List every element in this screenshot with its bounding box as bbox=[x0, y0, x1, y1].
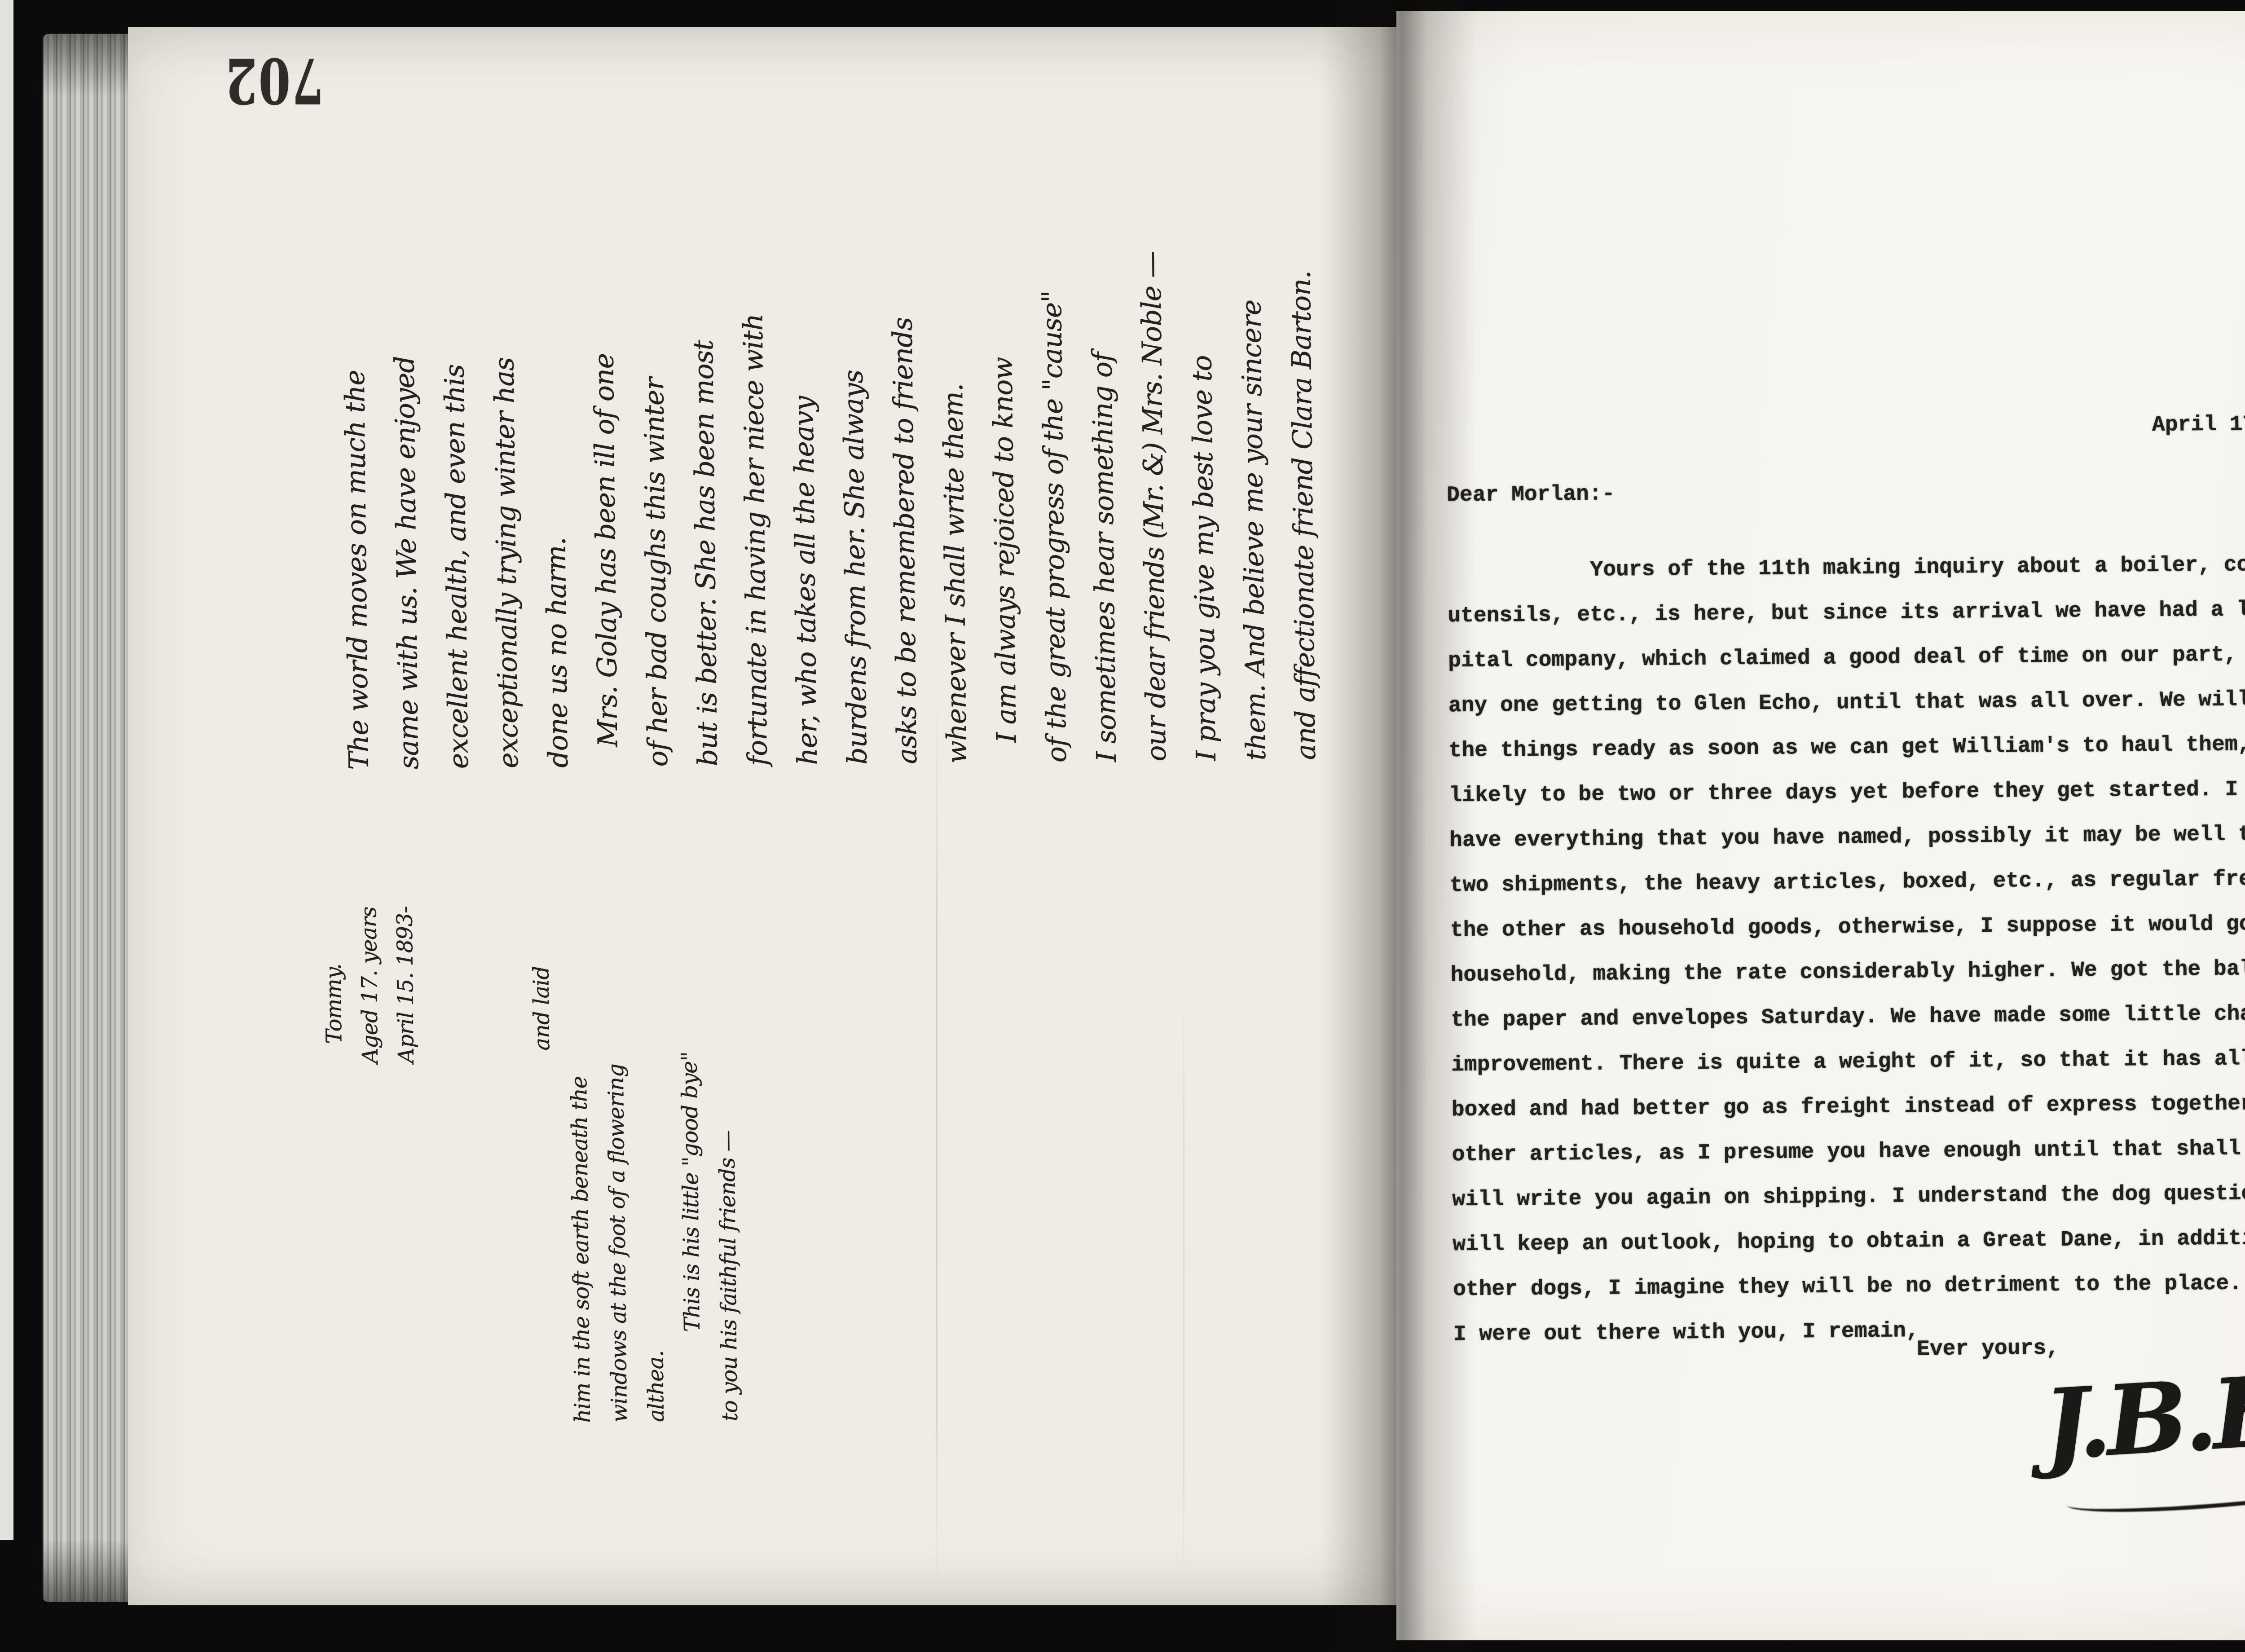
typed-line: other articles, as I presume you have en… bbox=[1452, 1125, 2245, 1178]
handwritten-line: Tommy. bbox=[315, 916, 352, 1064]
right-page: 703 April 17, 1893. Dear Morlan:- Yours … bbox=[1396, 11, 2245, 1640]
letter-salutation: Dear Morlan:- bbox=[1447, 482, 1615, 507]
typed-line: the paper and envelopes Saturday. We hav… bbox=[1451, 990, 2245, 1043]
handwritten-line: and laid bbox=[521, 812, 564, 1423]
typed-line: pital company, which claimed a good deal… bbox=[1448, 631, 2245, 684]
handwritten-line: done us no harm. bbox=[527, 125, 584, 768]
letter-closing: Ever yours, bbox=[1917, 1336, 2059, 1361]
right-page-content: 703 April 17, 1893. Dear Morlan:- Yours … bbox=[1390, 7, 2245, 1645]
handwritten-signature: J.B.Hubbell bbox=[2040, 1334, 2245, 1482]
handwritten-line: our dear friends (Mr. &) Mrs. Noble — bbox=[1125, 119, 1182, 762]
memorial-note-body: and laid him in the soft earth beneath t… bbox=[521, 811, 748, 1423]
handwritten-line: same with us. We have enjoyed bbox=[378, 127, 434, 770]
handwritten-line: The world moves on much the bbox=[328, 128, 384, 770]
letter-date: April 17, 1893. bbox=[2152, 412, 2245, 437]
handwritten-line: althea. bbox=[632, 811, 675, 1423]
book-scan-photo: { "scan": { "left_page": { "page_number"… bbox=[0, 0, 2245, 1652]
handwritten-line: whenever I shall write them. bbox=[926, 121, 982, 764]
handwritten-line: This is his little "good bye" bbox=[669, 811, 712, 1422]
paper-crease bbox=[936, 678, 938, 1599]
handwritten-line: to you his faithful friends — bbox=[705, 811, 748, 1422]
handwritten-line: asks to be remembered to friends bbox=[876, 122, 933, 764]
typed-line: improvement. There is quite a weight of … bbox=[1451, 1035, 2245, 1088]
left-page: 702 The world moves on much the same wit… bbox=[128, 27, 1396, 1605]
handwritten-line: of the great progress of the "cause" bbox=[1026, 120, 1082, 763]
handwritten-line: windows at the foot of a flowering bbox=[595, 811, 638, 1423]
handwritten-line: of her bad coughs this winter bbox=[627, 124, 683, 767]
handwritten-line: them. And believe me your sincere bbox=[1225, 118, 1281, 761]
memorial-note-heading: Tommy. Aged 17. years April 15. 1893- bbox=[315, 915, 424, 1064]
handwritten-line: Mrs. Golay has been ill of one bbox=[577, 125, 634, 767]
typed-line: the other as household goods, otherwise,… bbox=[1450, 900, 2245, 953]
typed-line: have everything that you have named, pos… bbox=[1449, 811, 2245, 863]
typed-line: will write you again on shipping. I unde… bbox=[1452, 1170, 2245, 1223]
handwritten-line: Aged 17. years bbox=[351, 915, 388, 1064]
handwritten-line: excellent health, and even this bbox=[427, 127, 484, 769]
typed-line: will keep an outlook, hoping to obtain a… bbox=[1453, 1215, 2245, 1268]
letter-body: Yours of the 11th making inquiry about a… bbox=[1447, 541, 2245, 1357]
handwritten-line: I pray you give my best love to bbox=[1175, 119, 1232, 761]
handwritten-line: I sometimes hear something of bbox=[1075, 119, 1132, 762]
typed-line: I were out there with you, I remain, bbox=[1453, 1304, 2245, 1357]
handwritten-letter: The world moves on much the same with us… bbox=[328, 118, 1331, 770]
book-page-stack-edge bbox=[43, 34, 130, 1602]
handwritten-line: April 15. 1893- bbox=[387, 915, 424, 1064]
handwritten-line: fortunate in having her niece with bbox=[726, 123, 783, 766]
handwritten-line: but is better. She has been most bbox=[677, 124, 733, 767]
handwritten-line: her, who takes all the heavy bbox=[776, 123, 833, 765]
handwritten-line: I am always rejoiced to know bbox=[976, 121, 1032, 763]
typed-line: utensils, etc., is here, but since its a… bbox=[1448, 586, 2245, 639]
handwritten-line: and affectionate friend Clara Barton. bbox=[1275, 118, 1331, 760]
typed-line: likely to be two or three days yet befor… bbox=[1449, 766, 2245, 819]
typed-line: any one getting to Glen Echo, until that… bbox=[1448, 676, 2245, 729]
handwritten-line: burdens from her. She always bbox=[826, 122, 883, 765]
typed-line: two shipments, the heavy articles, boxed… bbox=[1450, 855, 2245, 908]
handwritten-line: exceptionally trying winter has bbox=[477, 126, 534, 768]
typed-line: the things ready as soon as we can get W… bbox=[1448, 721, 2245, 774]
paper-crease bbox=[1183, 970, 1184, 1599]
scanner-edge-strip bbox=[0, 0, 13, 1540]
typed-line: Yours of the 11th making inquiry about a… bbox=[1447, 541, 2245, 594]
page-number-702: 702 bbox=[224, 44, 324, 117]
typed-line: boxed and had better go as freight inste… bbox=[1452, 1080, 2245, 1133]
handwritten-line: him in the soft earth beneath the bbox=[558, 812, 601, 1423]
typed-line: other dogs, I imagine they will be no de… bbox=[1453, 1260, 2245, 1313]
typed-line: household, making the rate considerably … bbox=[1450, 945, 2245, 998]
